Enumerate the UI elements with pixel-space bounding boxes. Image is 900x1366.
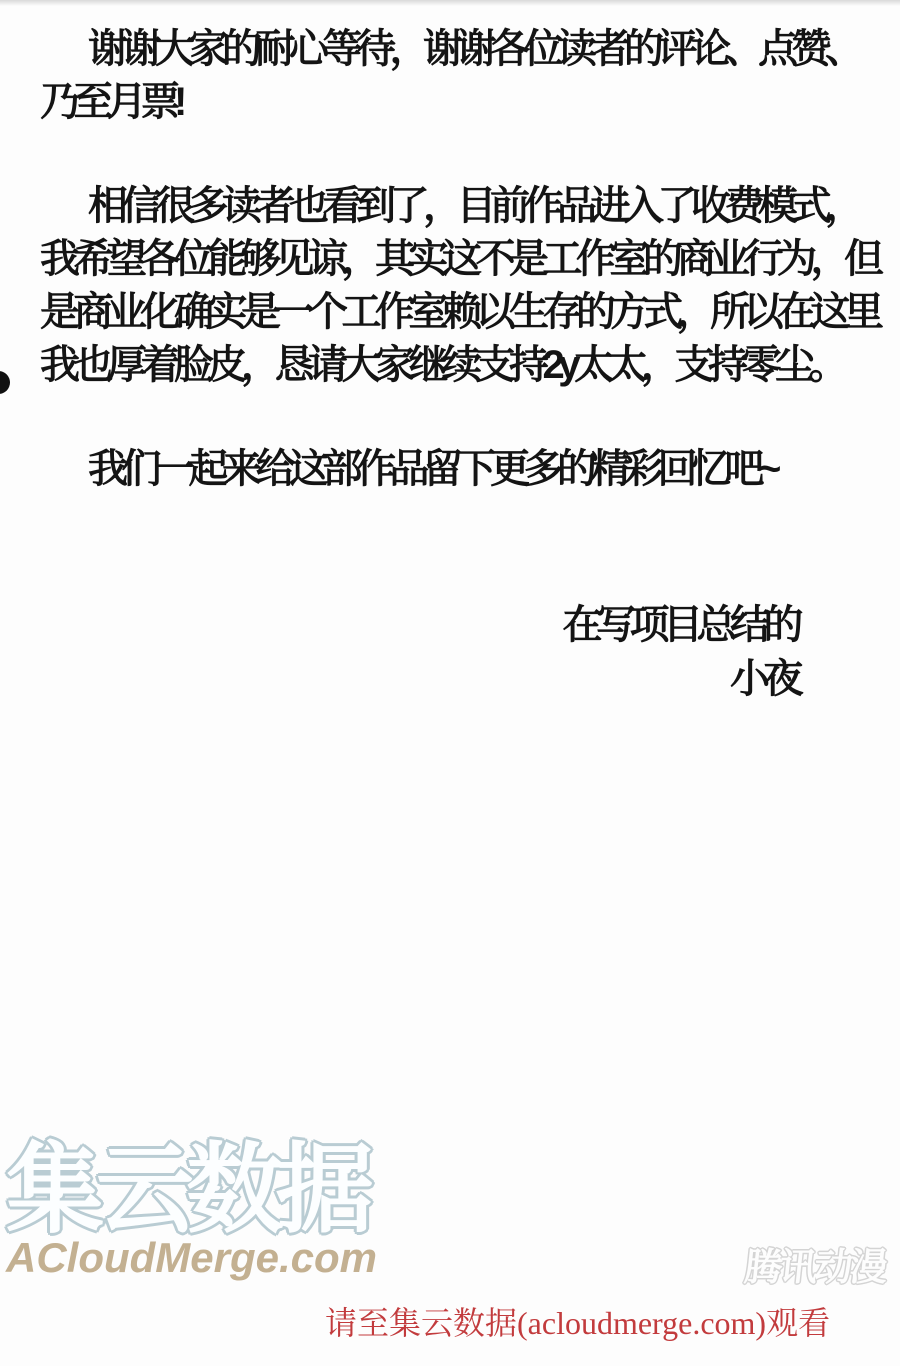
clipped-bubble-fragment xyxy=(0,371,10,394)
note-text-line: 我也厚着脸皮，恳请大家继续支持2y太太，支持零尘。 xyxy=(40,339,870,392)
watermark-footer-notice: 请至集云数据(acloudmerge.com)观看 xyxy=(325,1298,830,1344)
note-text-line: 相信很多读者也看到了，目前作品进入了收费模式， xyxy=(40,180,870,233)
page-top-edge-divider xyxy=(0,0,900,6)
watermark-site-domain: ACloudMerge.com xyxy=(6,1234,377,1282)
author-signature: 在写项目总结的 小夜 xyxy=(563,598,798,706)
tencent-comics-logo: 腾讯动漫 xyxy=(742,1236,888,1291)
comic-author-note-page: 谢谢大家的耐心等待，谢谢各位读者的评论、点赞、 乃至月票! 相信很多读者也看到了… xyxy=(0,0,900,1366)
paragraph-paywall-apology: 相信很多读者也看到了，目前作品进入了收费模式， 我希望各位能够见谅，其实这不是工… xyxy=(40,180,870,392)
note-text-line: 我希望各位能够见谅，其实这不是工作室的商业行为，但 xyxy=(40,233,870,286)
signature-role-line: 在写项目总结的 xyxy=(563,598,798,652)
watermark-site-name: 集云数据 xyxy=(6,1134,366,1244)
paragraph-closing-wish: 我们一起来给这部作品留下更多的精彩回忆吧~ xyxy=(40,443,870,496)
paragraph-thanks: 谢谢大家的耐心等待，谢谢各位读者的评论、点赞、 乃至月票! xyxy=(40,23,870,129)
signature-name-line: 小夜 xyxy=(563,652,798,706)
note-text-line: 乃至月票! xyxy=(40,76,870,129)
note-text-line: 是商业化确实是一个工作室赖以生存的方式，所以在这里 xyxy=(40,286,870,339)
note-text-line: 我们一起来给这部作品留下更多的精彩回忆吧~ xyxy=(40,443,870,496)
note-text-line: 谢谢大家的耐心等待，谢谢各位读者的评论、点赞、 xyxy=(40,23,870,76)
